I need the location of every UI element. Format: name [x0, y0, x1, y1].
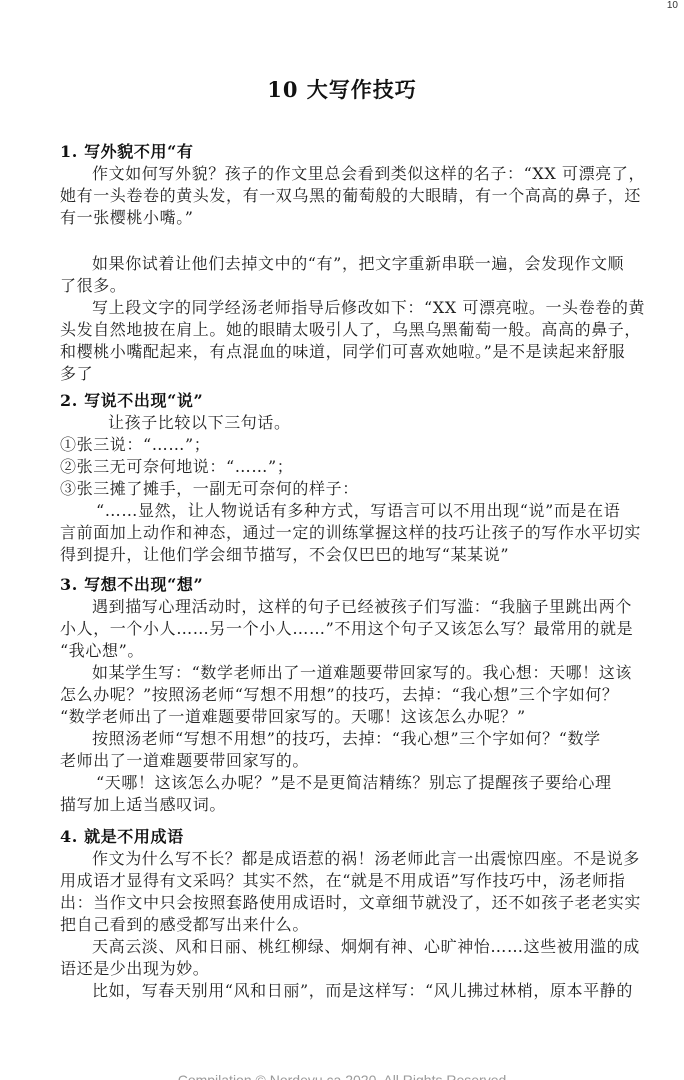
section-2-line: ①张三说：“……”；	[60, 434, 620, 456]
section-1-line: 作文如何写外貌？孩子的作文里总会看到类似这样的名子：“XX 可漂亮了，	[92, 163, 620, 185]
section-3-line: “我心想”。	[60, 640, 620, 662]
document-title: 10 大写作技巧	[0, 74, 684, 104]
section-3-line: 怎么办呢？”按照汤老师“写想不用想”的技巧，去掉：“我心想”三个字如何？	[60, 684, 620, 706]
section-3-line: 如某学生写：“数学老师出了一道难题要带回家写的。我心想：天哪！这该	[92, 662, 620, 684]
section-3-line: 小人，一个小人……另一个小人……”不用这个句子又该怎么写？最常用的就是	[60, 618, 620, 640]
copyright-footer: Compilation © Nordeyu.ca 2020. All Right…	[0, 1072, 684, 1080]
page-number: 10	[667, 0, 678, 11]
section-3-line: 按照汤老师“写想不用想”的技巧，去掉：“我心想”三个字如何？“数学	[92, 728, 620, 750]
section-2-line: 得到提升，让他们学会细节描写，不会仅巴巴的地写“某某说”	[60, 544, 620, 566]
section-2-line: “……显然，让人物说话有多种方式，写语言可以不用出现“说”而是在语	[96, 500, 656, 522]
section-1-line: 如果你试着让他们去掉文中的“有”，把文字重新串联一遍，会发现作文顺	[92, 253, 620, 275]
section-1-line: 多了	[60, 363, 620, 385]
section-1-line: 了很多。	[60, 275, 620, 297]
section-1-line: 写上段文字的同学经汤老师指导后修改如下：“XX 可漂亮啦。一头卷卷的黄	[92, 297, 620, 319]
section-4-line: 把自己看到的感受都写出来什么。	[60, 914, 620, 936]
section-3-line: 遇到描写心理活动时，这样的句子已经被孩子们写滥：“我脑子里跳出两个	[92, 596, 620, 618]
section-1-line: 头发自然地披在肩上。她的眼睛太吸引人了，乌黑乌黑葡萄一般。高高的鼻子，	[60, 319, 620, 341]
section-4-line: 用成语才显得有文采吗？其实不然，在“就是不用成语”写作技巧中，汤老师指	[60, 870, 620, 892]
section-1-heading: 1. 写外貌不用“有	[60, 141, 620, 163]
section-1-line: 她有一头卷卷的黄头发，有一双乌黑的葡萄般的大眼睛，有一个高高的鼻子，还	[60, 185, 620, 207]
section-4-line: 天高云淡、风和日丽、桃红柳绿、炯炯有神、心旷神怡……这些被用滥的成	[92, 936, 620, 958]
section-4-line: 作文为什么写不长？都是成语惹的祸！汤老师此言一出震惊四座。不是说多	[92, 848, 620, 870]
section-2-line: ③张三摊了摊手，一副无可奈何的样子：	[60, 478, 620, 500]
section-3-heading: 3. 写想不出现“想”	[60, 574, 620, 596]
section-2-heading: 2. 写说不出现“说”	[60, 390, 620, 412]
section-2-line: 言前面加上动作和神态，通过一定的训练掌握这样的技巧让孩子的写作水平切实	[60, 522, 620, 544]
section-4-line: 出：当作文中只会按照套路使用成语时，文章细节就没了，还不如孩子老老实实	[60, 892, 620, 914]
section-3-line: 老师出了一道难题要带回家写的。	[60, 750, 620, 772]
section-1-line: 有一张樱桃小嘴。”	[60, 207, 620, 229]
section-3-line: “数学老师出了一道难题要带回家写的。天哪！这该怎么办呢？”	[60, 706, 620, 728]
section-4-line: 比如，写春天别用“风和日丽”，而是这样写：“风儿拂过林梢，原本平静的	[92, 980, 620, 1002]
section-2-line: ②张三无可奈何地说：“……”；	[60, 456, 620, 478]
section-1-line: 和樱桃小嘴配起来，有点混血的味道，同学们可喜欢她啦。”是不是读起来舒服	[60, 341, 620, 363]
section-4-line: 语还是少出现为妙。	[60, 958, 620, 980]
section-2-line: 让孩子比较以下三句话。	[108, 412, 668, 434]
section-3-line: “天哪！这该怎么办呢？”是不是更简洁精练？别忘了提醒孩子要给心理	[96, 772, 656, 794]
section-3-line: 描写加上适当感叹词。	[60, 794, 620, 816]
section-4-heading: 4. 就是不用成语	[60, 826, 620, 848]
